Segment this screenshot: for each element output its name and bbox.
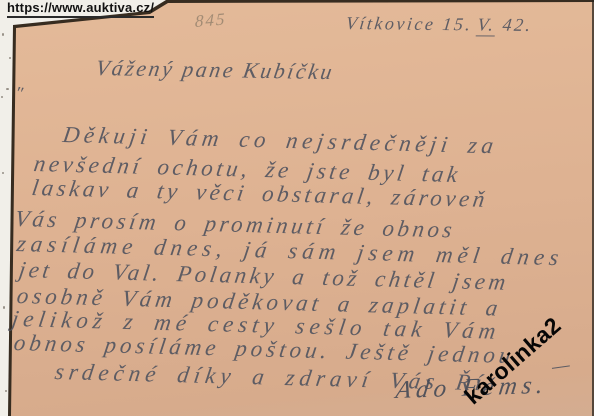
dateline-month-numeral: V. [476,14,497,36]
scanned-postcard-image: 845 Vítkovice 15.V.42. " Vážený pane Kub… [0,0,594,416]
scan-speck [2,172,4,174]
scan-speck [9,57,11,59]
source-url-link[interactable]: https://www.auktiva.cz/ [7,0,154,18]
scan-speck [1,96,3,98]
scan-speck [5,390,7,392]
ref-number: 845 [195,9,227,32]
scan-speck [3,306,5,309]
scan-speck [6,88,9,90]
salutation: Vážený pane Kubíčku [94,55,336,85]
dateline-place-day: Vítkovice 15. [345,13,474,34]
dateline: Vítkovice 15.V.42. [345,13,534,36]
dateline-year: 42. [502,15,534,35]
scan-speck [2,33,4,36]
trailing-dash: — [550,354,571,379]
